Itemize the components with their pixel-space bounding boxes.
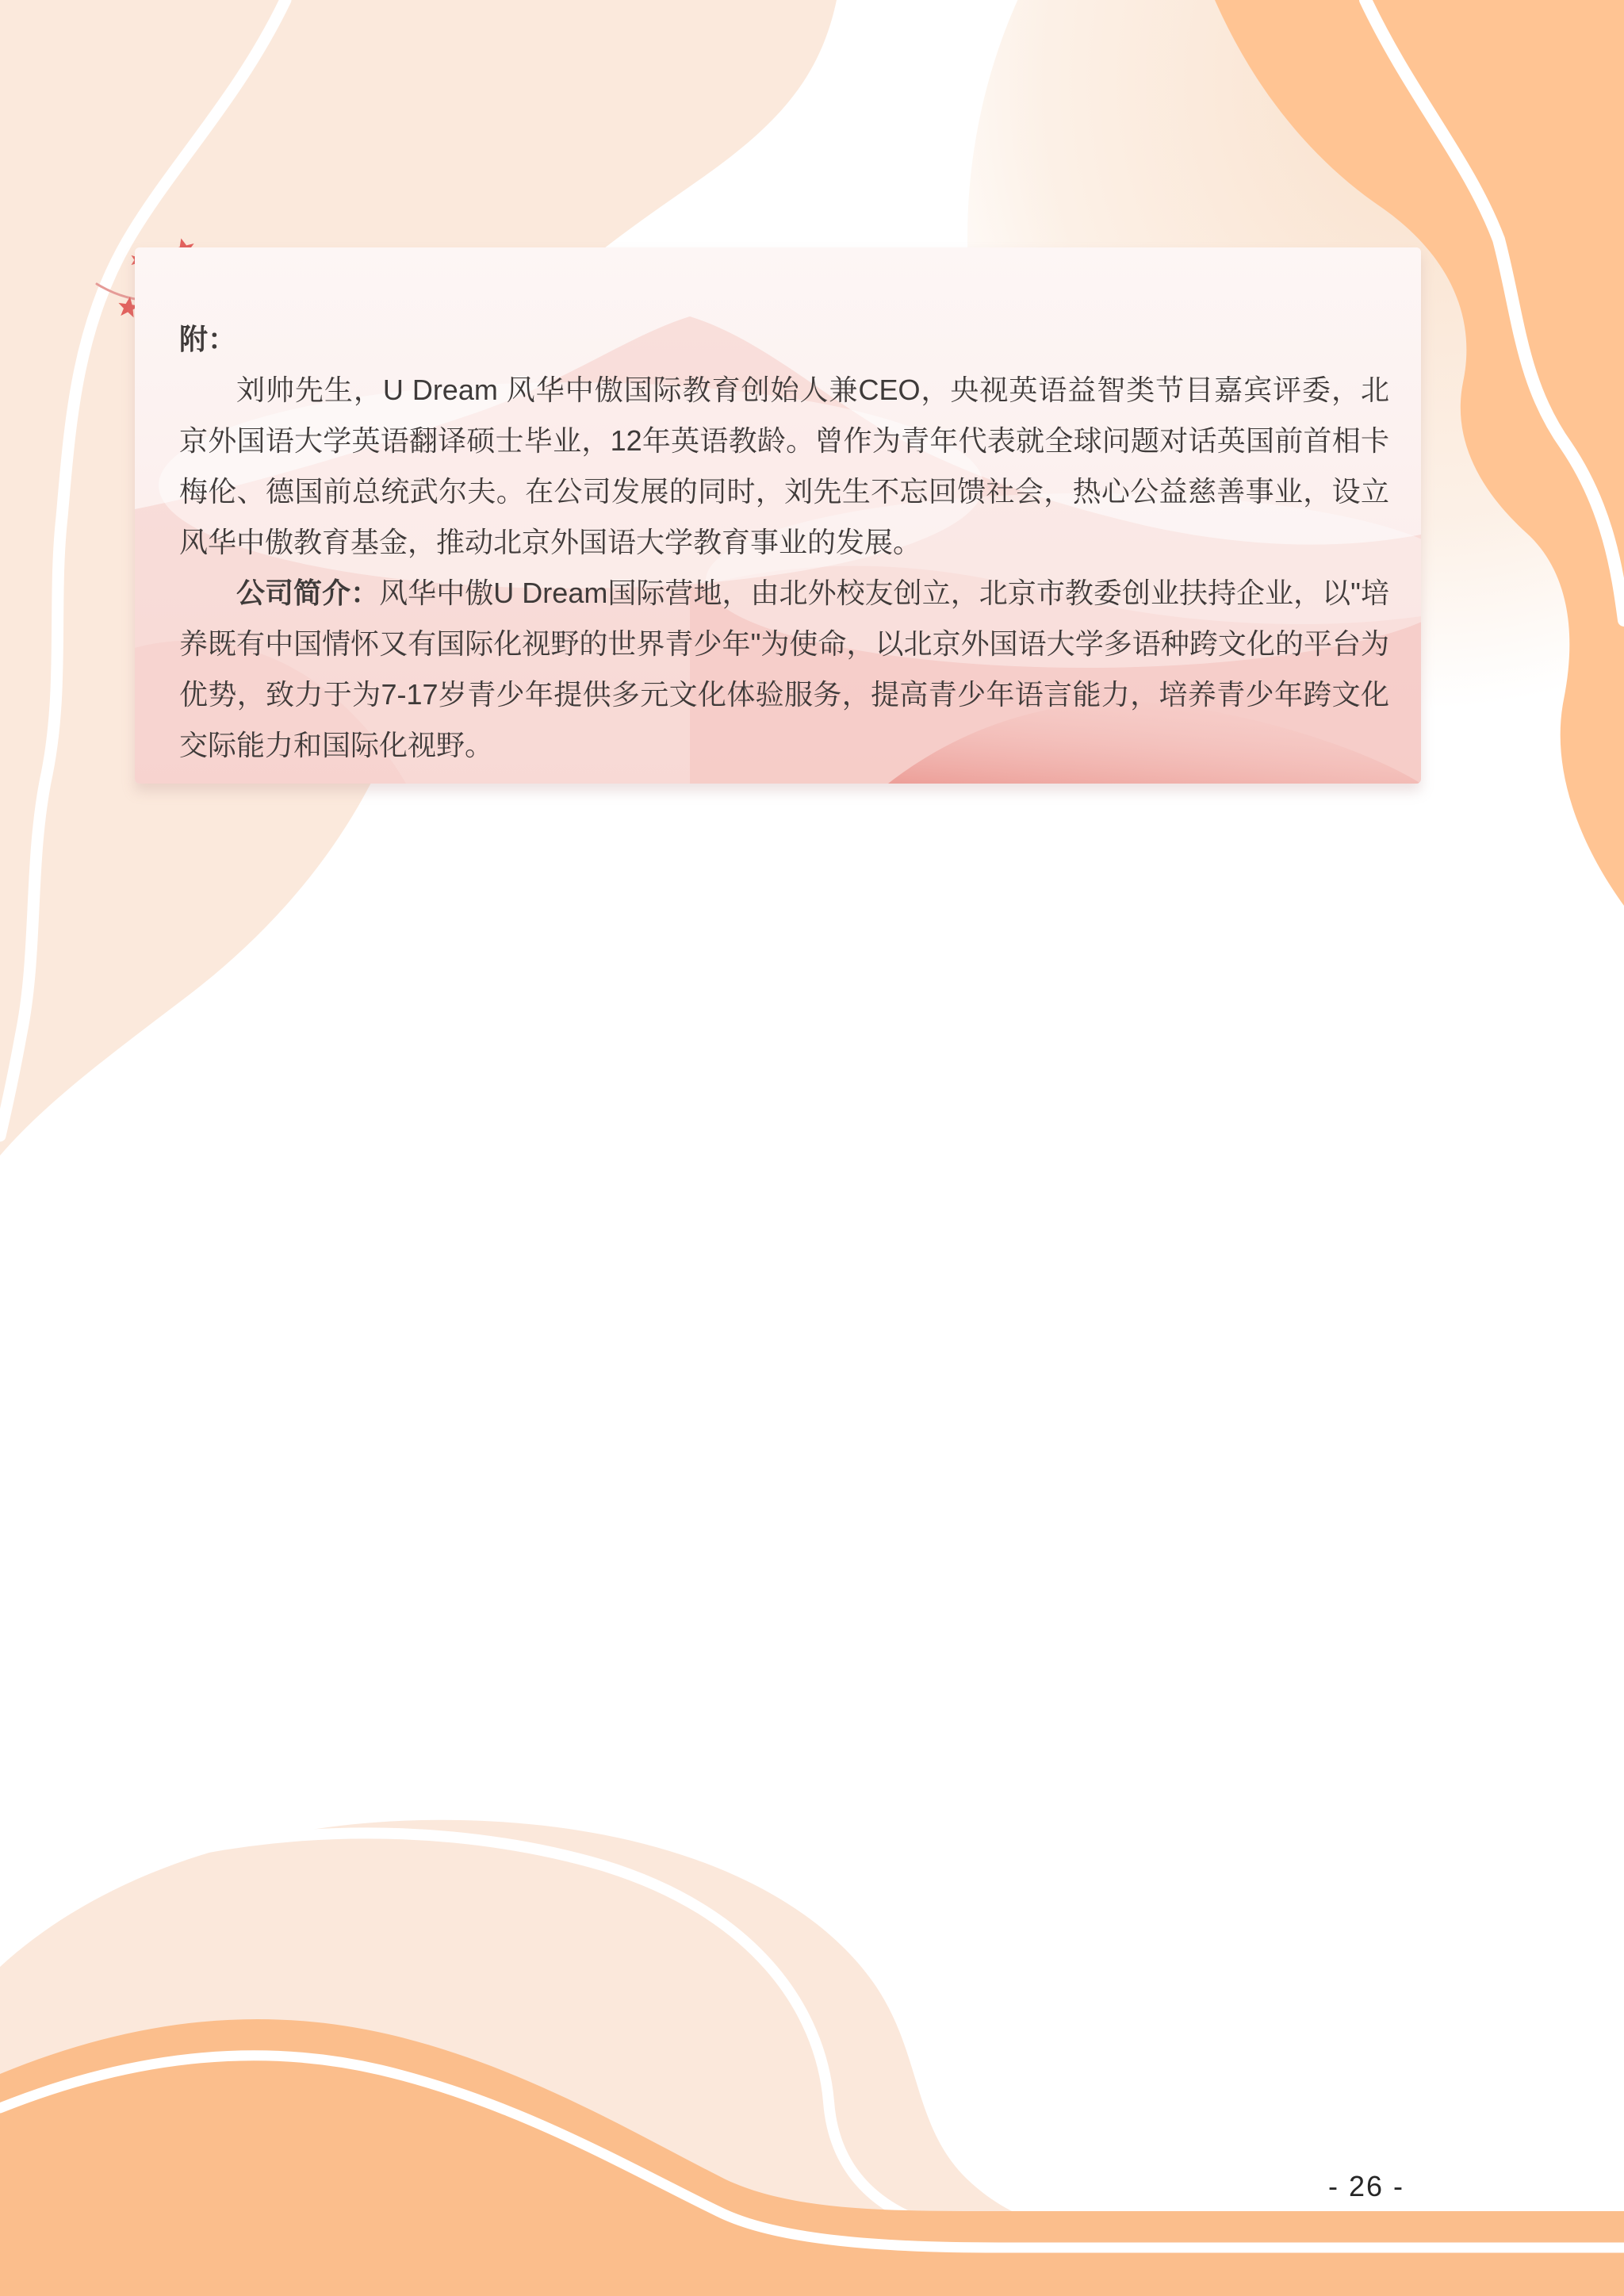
bottom-left-white-curve: [0, 1833, 961, 2233]
bottom-left-peach-blob: [0, 1820, 1110, 2296]
document-page: { "panel": { "heading": "附：", "bio_parag…: [0, 0, 1624, 2296]
company-intro-label: 公司简介：: [236, 577, 379, 609]
founder-bio-paragraph: 刘帅先生，U Dream 风华中傲国际教育创始人兼CEO，央视英语益智类节目嘉宾…: [179, 365, 1389, 568]
attachment-heading: 附：: [179, 314, 1389, 365]
attachment-panel: 附： 刘帅先生，U Dream 风华中傲国际教育创始人兼CEO，央视英语益智类节…: [135, 247, 1421, 784]
founder-bio-text: 刘帅先生，U Dream 风华中傲国际教育创始人兼CEO，央视英语益智类节目嘉宾…: [179, 374, 1389, 558]
page-number: - 26 -: [1283, 2170, 1450, 2203]
panel-text-block: 附： 刘帅先生，U Dream 风华中傲国际教育创始人兼CEO，央视英语益智类节…: [135, 247, 1421, 771]
bottom-orange-wave: [0, 2019, 1624, 2296]
company-intro-paragraph: 公司简介：风华中傲U Dream国际营地，由北外校友创立，北京市教委创业扶持企业…: [179, 568, 1389, 771]
bottom-white-stripe: [0, 2056, 1624, 2248]
